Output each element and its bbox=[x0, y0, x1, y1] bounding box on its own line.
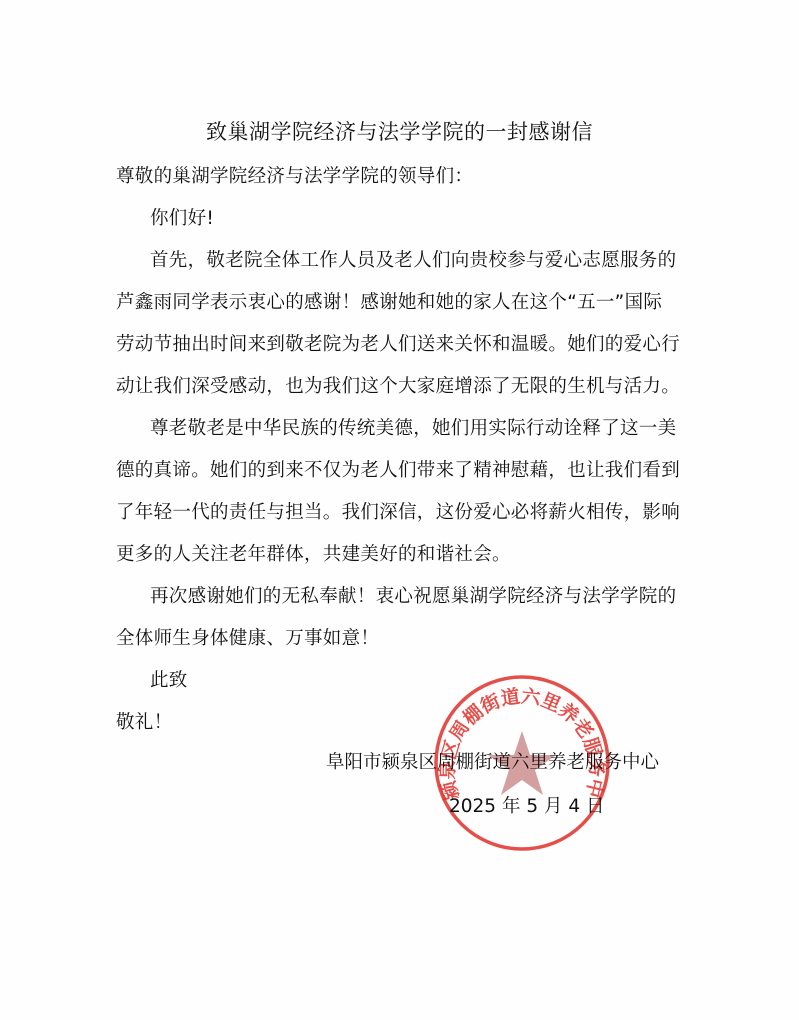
salutation: 尊敬的巢湖学院经济与法学学院的领导们： bbox=[116, 162, 473, 188]
signature-date: 2025 年 5 月 4 日 bbox=[449, 792, 605, 818]
paragraph-2-line-3: 了年轻一代的责任与担当。我们深信，这份爱心必将薪火相传，影响 bbox=[116, 498, 680, 524]
paragraph-2-line-1: 尊老敬老是中华民族的传统美德，她们用实际行动诠释了这一美 bbox=[150, 414, 676, 440]
letter-title: 致巢湖学院经济与法学学院的一封感谢信 bbox=[0, 116, 799, 146]
closing-cizhi: 此致 bbox=[150, 666, 188, 692]
paragraph-1-line-2: 芦鑫雨同学表示衷心的感谢！感谢她和她的家人在这个“五一”国际 bbox=[116, 288, 662, 314]
paragraph-1-line-3: 劳动节抽出时间来到敬老院为老人们送来关怀和温暖。她们的爱心行 bbox=[116, 330, 680, 356]
greeting: 你们好! bbox=[150, 204, 214, 230]
paragraph-3-line-2: 全体师生身体健康、万事如意！ bbox=[116, 624, 379, 650]
signature-organization: 阜阳市颍泉区周棚街道六里养老服务中心 bbox=[326, 748, 659, 774]
paragraph-1-line-1: 首先，敬老院全体工作人员及老人们向贵校参与爱心志愿服务的 bbox=[150, 246, 676, 272]
paragraph-2-line-2: 德的真谛。她们的到来不仅为老人们带来了精神慰藉，也让我们看到 bbox=[116, 456, 680, 482]
closing-jingli: 敬礼！ bbox=[116, 708, 172, 734]
paragraph-1-line-4: 动让我们深受感动，也为我们这个大家庭增添了无限的生机与活力。 bbox=[116, 372, 680, 398]
paragraph-2-line-4: 更多的人关注老年群体，共建美好的和谐社会。 bbox=[116, 540, 511, 566]
paragraph-3-line-1: 再次感谢她们的无私奉献！衷心祝愿巢湖学院经济与法学学院的 bbox=[150, 582, 676, 608]
letter-page: 致巢湖学院经济与法学学院的一封感谢信 尊敬的巢湖学院经济与法学学院的领导们： 你… bbox=[0, 0, 799, 1020]
